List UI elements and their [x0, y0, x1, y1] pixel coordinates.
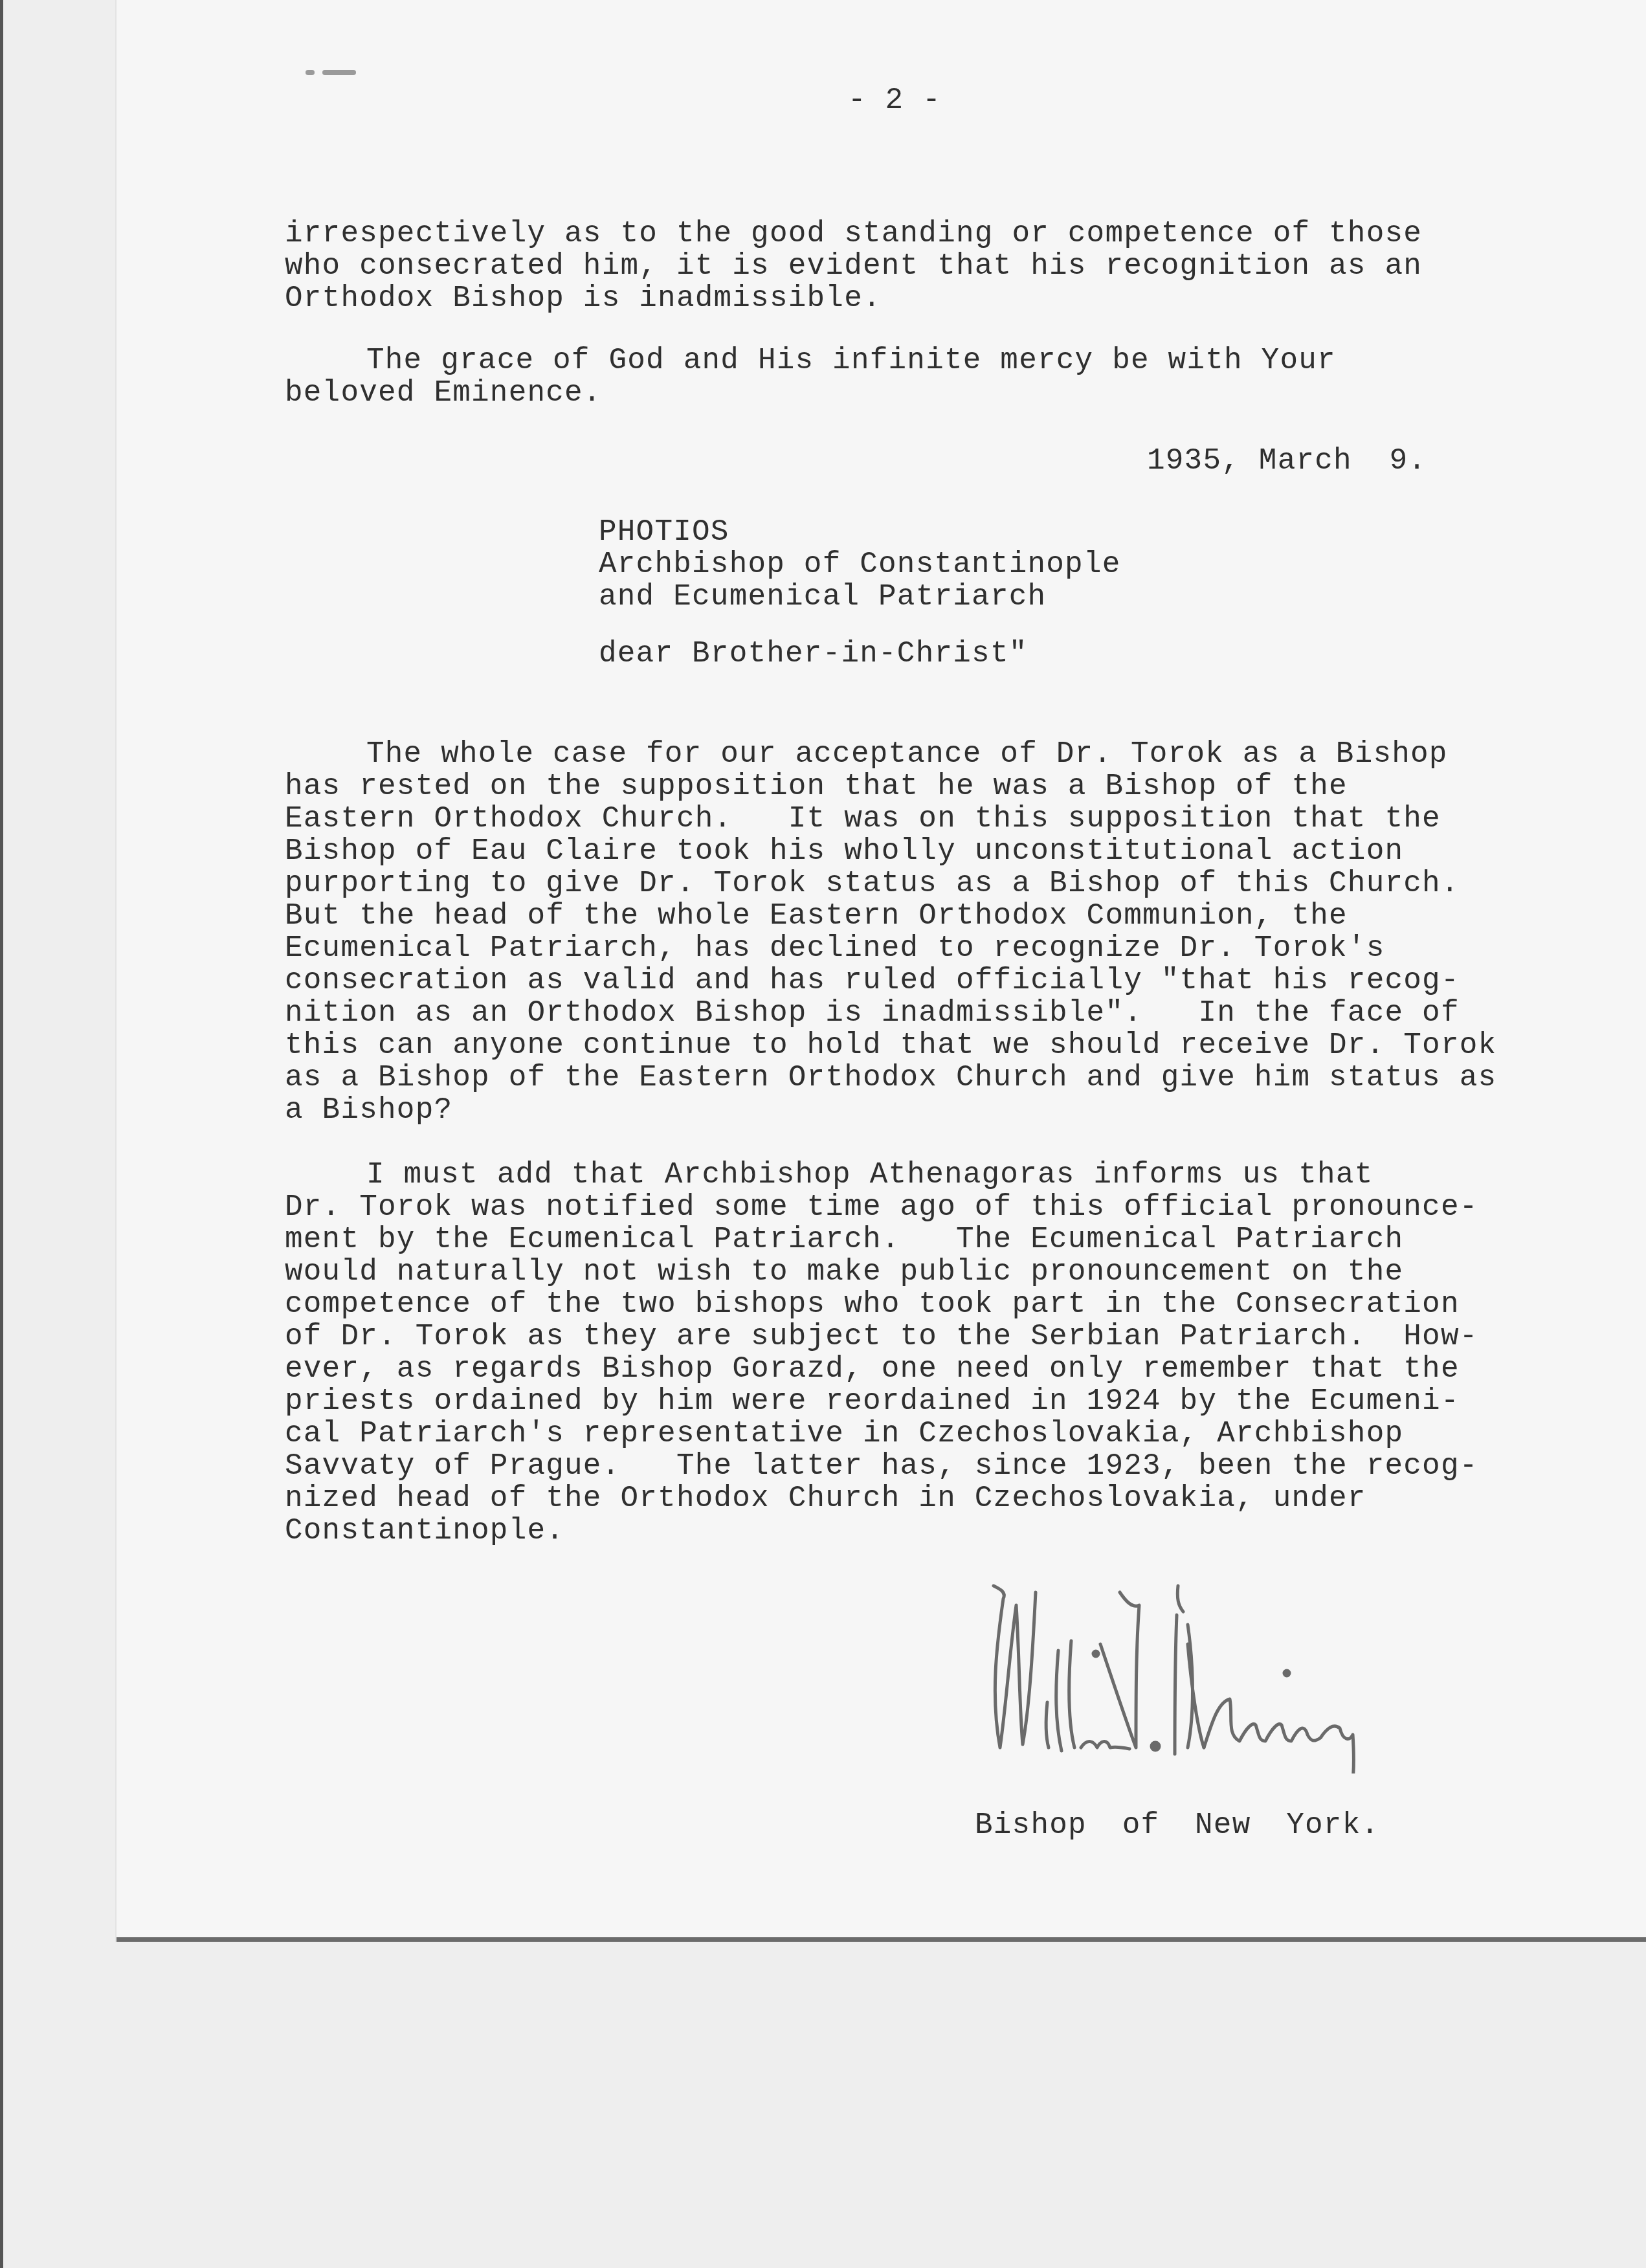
text-line: who consecrated him, it is evident that …	[285, 250, 1579, 282]
text-line: Savvaty of Prague. The latter has, since…	[285, 1450, 1579, 1482]
page-number: - 2 -	[848, 84, 941, 117]
text-line: The grace of God and His infinite mercy …	[366, 344, 1336, 377]
ink-smudge	[306, 67, 364, 74]
text-line: ever, as regards Bishop Gorazd, one need…	[285, 1353, 1579, 1385]
paragraph-3: The whole case for our acceptance of Dr.…	[285, 738, 1579, 1126]
text-line: competence of the two bishops who took p…	[285, 1288, 1579, 1320]
text-line: consecration as valid and has ruled offi…	[285, 964, 1579, 997]
salutation: dear Brother-in-Christ"	[599, 638, 1028, 670]
text-line: priests ordained by him were reordained …	[285, 1385, 1579, 1417]
paragraph-2: The grace of God and His infinite mercy …	[285, 344, 1579, 409]
text-line: as a Bishop of the Eastern Orthodox Chur…	[285, 1062, 1579, 1094]
text-line: would naturally not wish to make public …	[285, 1256, 1579, 1288]
paragraph-4: I must add that Archbishop Athenagoras i…	[285, 1159, 1579, 1547]
text-line: has rested on the supposition that he wa…	[285, 770, 1579, 803]
text-line: purporting to give Dr. Torok status as a…	[285, 867, 1579, 900]
text-line: cal Patriarch's representative in Czecho…	[285, 1417, 1579, 1450]
text-line: The whole case for our acceptance of Dr.…	[366, 737, 1448, 771]
scanner-edge	[0, 0, 3, 2268]
signatory-title: Bishop of New York.	[975, 1809, 1379, 1841]
text-line: Eastern Orthodox Church. It was on this …	[285, 803, 1579, 835]
text-line: nition as an Orthodox Bishop is inadmiss…	[285, 997, 1579, 1029]
text-line: nized head of the Orthodox Church in Cze…	[285, 1482, 1579, 1515]
text-line: But the head of the whole Eastern Orthod…	[285, 900, 1579, 932]
text-line: beloved Eminence.	[285, 377, 1579, 409]
text-line: Orthodox Bishop is inadmissible.	[285, 282, 1579, 315]
paragraph-1: irrespectively as to the good standing o…	[285, 217, 1579, 315]
text-line: Bishop of Eau Claire took his wholly unc…	[285, 835, 1579, 867]
text-line: ment by the Ecumenical Patriarch. The Ec…	[285, 1223, 1579, 1256]
text-line: Ecumenical Patriarch, has declined to re…	[285, 932, 1579, 964]
handwritten-signature	[971, 1553, 1631, 1773]
text-line: of Dr. Torok as they are subject to the …	[285, 1320, 1579, 1353]
text-line: I must add that Archbishop Athenagoras i…	[366, 1158, 1373, 1192]
addressee-title: and Ecumenical Patriarch	[599, 581, 1121, 613]
addressee-name: PHOTIOS	[599, 516, 1121, 548]
signature-icon	[971, 1553, 1631, 1773]
letter-date: 1935, March 9.	[1147, 445, 1427, 477]
text-line: Dr. Torok was notified some time ago of …	[285, 1191, 1579, 1223]
text-line: a Bishop?	[285, 1094, 1579, 1126]
text-line: irrespectively as to the good standing o…	[285, 217, 1579, 250]
addressee-block: PHOTIOS Archbishop of Constantinople and…	[599, 516, 1121, 613]
addressee-title: Archbishop of Constantinople	[599, 548, 1121, 581]
text-line: this can anyone continue to hold that we…	[285, 1029, 1579, 1062]
text-line: Constantinople.	[285, 1515, 1579, 1547]
